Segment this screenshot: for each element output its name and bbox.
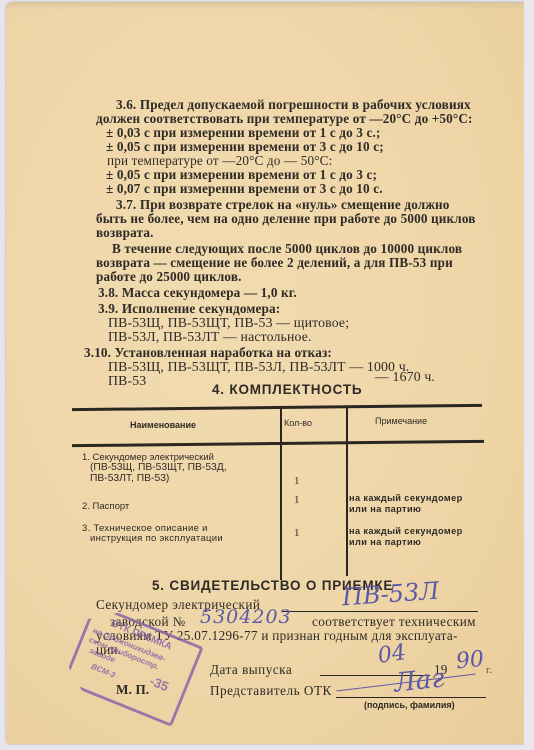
date-year-handwritten: 90: [455, 647, 485, 675]
p310-line3-model: ПВ-53: [108, 374, 146, 388]
section4-title: 4. КОМПЛЕКТНОСТЬ: [212, 382, 362, 397]
row3-note-line2: или на партию: [349, 537, 421, 548]
date-month-handwritten: 04: [376, 640, 407, 669]
row2-note-line1: на каждый секундомер: [349, 493, 463, 504]
rep-label: Представитель ОТК: [210, 684, 332, 698]
p37-line4: В течение следующих после 5000 циклов до…: [112, 242, 462, 256]
document-page: 3.6. Предел допускаемой погрешности в ра…: [6, 2, 528, 744]
p39-line3: ПВ-53Л, ПВ-53ЛТ — настольное.: [108, 330, 312, 344]
p38: 3.8. Масса секундомера — 1,0 кг.: [98, 286, 297, 300]
col-header-note: Примечание: [375, 416, 427, 426]
p310-line1: 3.10. Установленная наработка на отказ:: [84, 346, 332, 360]
p37-line2: быть не более, чем на одно деление при р…: [96, 212, 476, 226]
scan-background-edge: [524, 0, 534, 750]
table-header-rule: [72, 440, 484, 447]
row1-name-line3: ПВ-53ЛТ, ПВ-53): [90, 474, 169, 485]
rep-underline: [336, 697, 486, 698]
p36-line5: при температуре от —20°С до — 50°С:: [107, 154, 332, 168]
p36-line3: ± 0,03 с при измерении времени от 1 с до…: [106, 126, 380, 140]
row3-note-line1: на каждый секундомер: [349, 526, 463, 537]
col-header-qty: Кол-во: [284, 418, 312, 428]
stamp-number: -35: [148, 673, 171, 694]
rep-caption: (подпись, фамилия): [364, 700, 455, 711]
p36-line6: ± 0,05 с при измерении времени от 1 с до…: [106, 168, 377, 182]
col-header-name: Наименование: [130, 420, 196, 430]
p39-line2: ПВ-53Щ, ПВ-53ЩТ, ПВ-53 — щитовое;: [108, 316, 349, 330]
row3-qty: 1: [294, 528, 300, 539]
row2-qty: 1: [294, 495, 300, 506]
table-col-divider-2: [346, 406, 348, 576]
p37-line6: работе до 25000 циклов.: [96, 270, 242, 284]
serial-handwritten: 5304203: [200, 606, 292, 628]
table-col-divider-1: [280, 408, 282, 580]
date-year-suffix: г.: [486, 663, 492, 677]
row2-name: 2. Паспорт: [82, 502, 129, 513]
p36-line2: должен соответствовать при температуре о…: [96, 112, 473, 126]
row2-note-line2: или на партию: [349, 504, 421, 515]
device-handwritten: ПВ-53Л: [341, 577, 440, 612]
p36-line4: ± 0,05 с при измерении времени от 3 с до…: [106, 140, 384, 154]
p37-line5: возврата — смещение не более 2 делений, …: [96, 256, 453, 270]
table-top-rule: [72, 404, 482, 411]
p37-line3: возврата.: [96, 226, 154, 240]
p37-line1: 3.7. При возврате стрелок на «нуль» смещ…: [116, 198, 450, 212]
row1-qty: 1: [294, 476, 300, 487]
p36-line7: ± 0,07 с при измерении времени от 3 с до…: [106, 182, 383, 196]
p39-line1: 3.9. Исполнение секундомера:: [98, 302, 280, 316]
serial-suffix: соответствует техническим: [312, 615, 476, 629]
p310-line3-value: — 1670 ч.: [375, 370, 435, 384]
row1-name-line2: (ПВ-53Щ, ПВ-53ЩТ, ПВ-53Д,: [90, 463, 227, 474]
p36-line1: 3.6. Предел допускаемой погрешности в ра…: [116, 98, 471, 112]
device-underline: [282, 611, 478, 612]
date-label: Дата выпуска: [210, 663, 292, 677]
row3-name-line2: инструкция по эксплуатации: [90, 534, 223, 545]
p310-line2: ПВ-53Щ, ПВ-53ЩТ, ПВ-53Л, ПВ-53ЛТ — 1000 …: [108, 360, 409, 374]
